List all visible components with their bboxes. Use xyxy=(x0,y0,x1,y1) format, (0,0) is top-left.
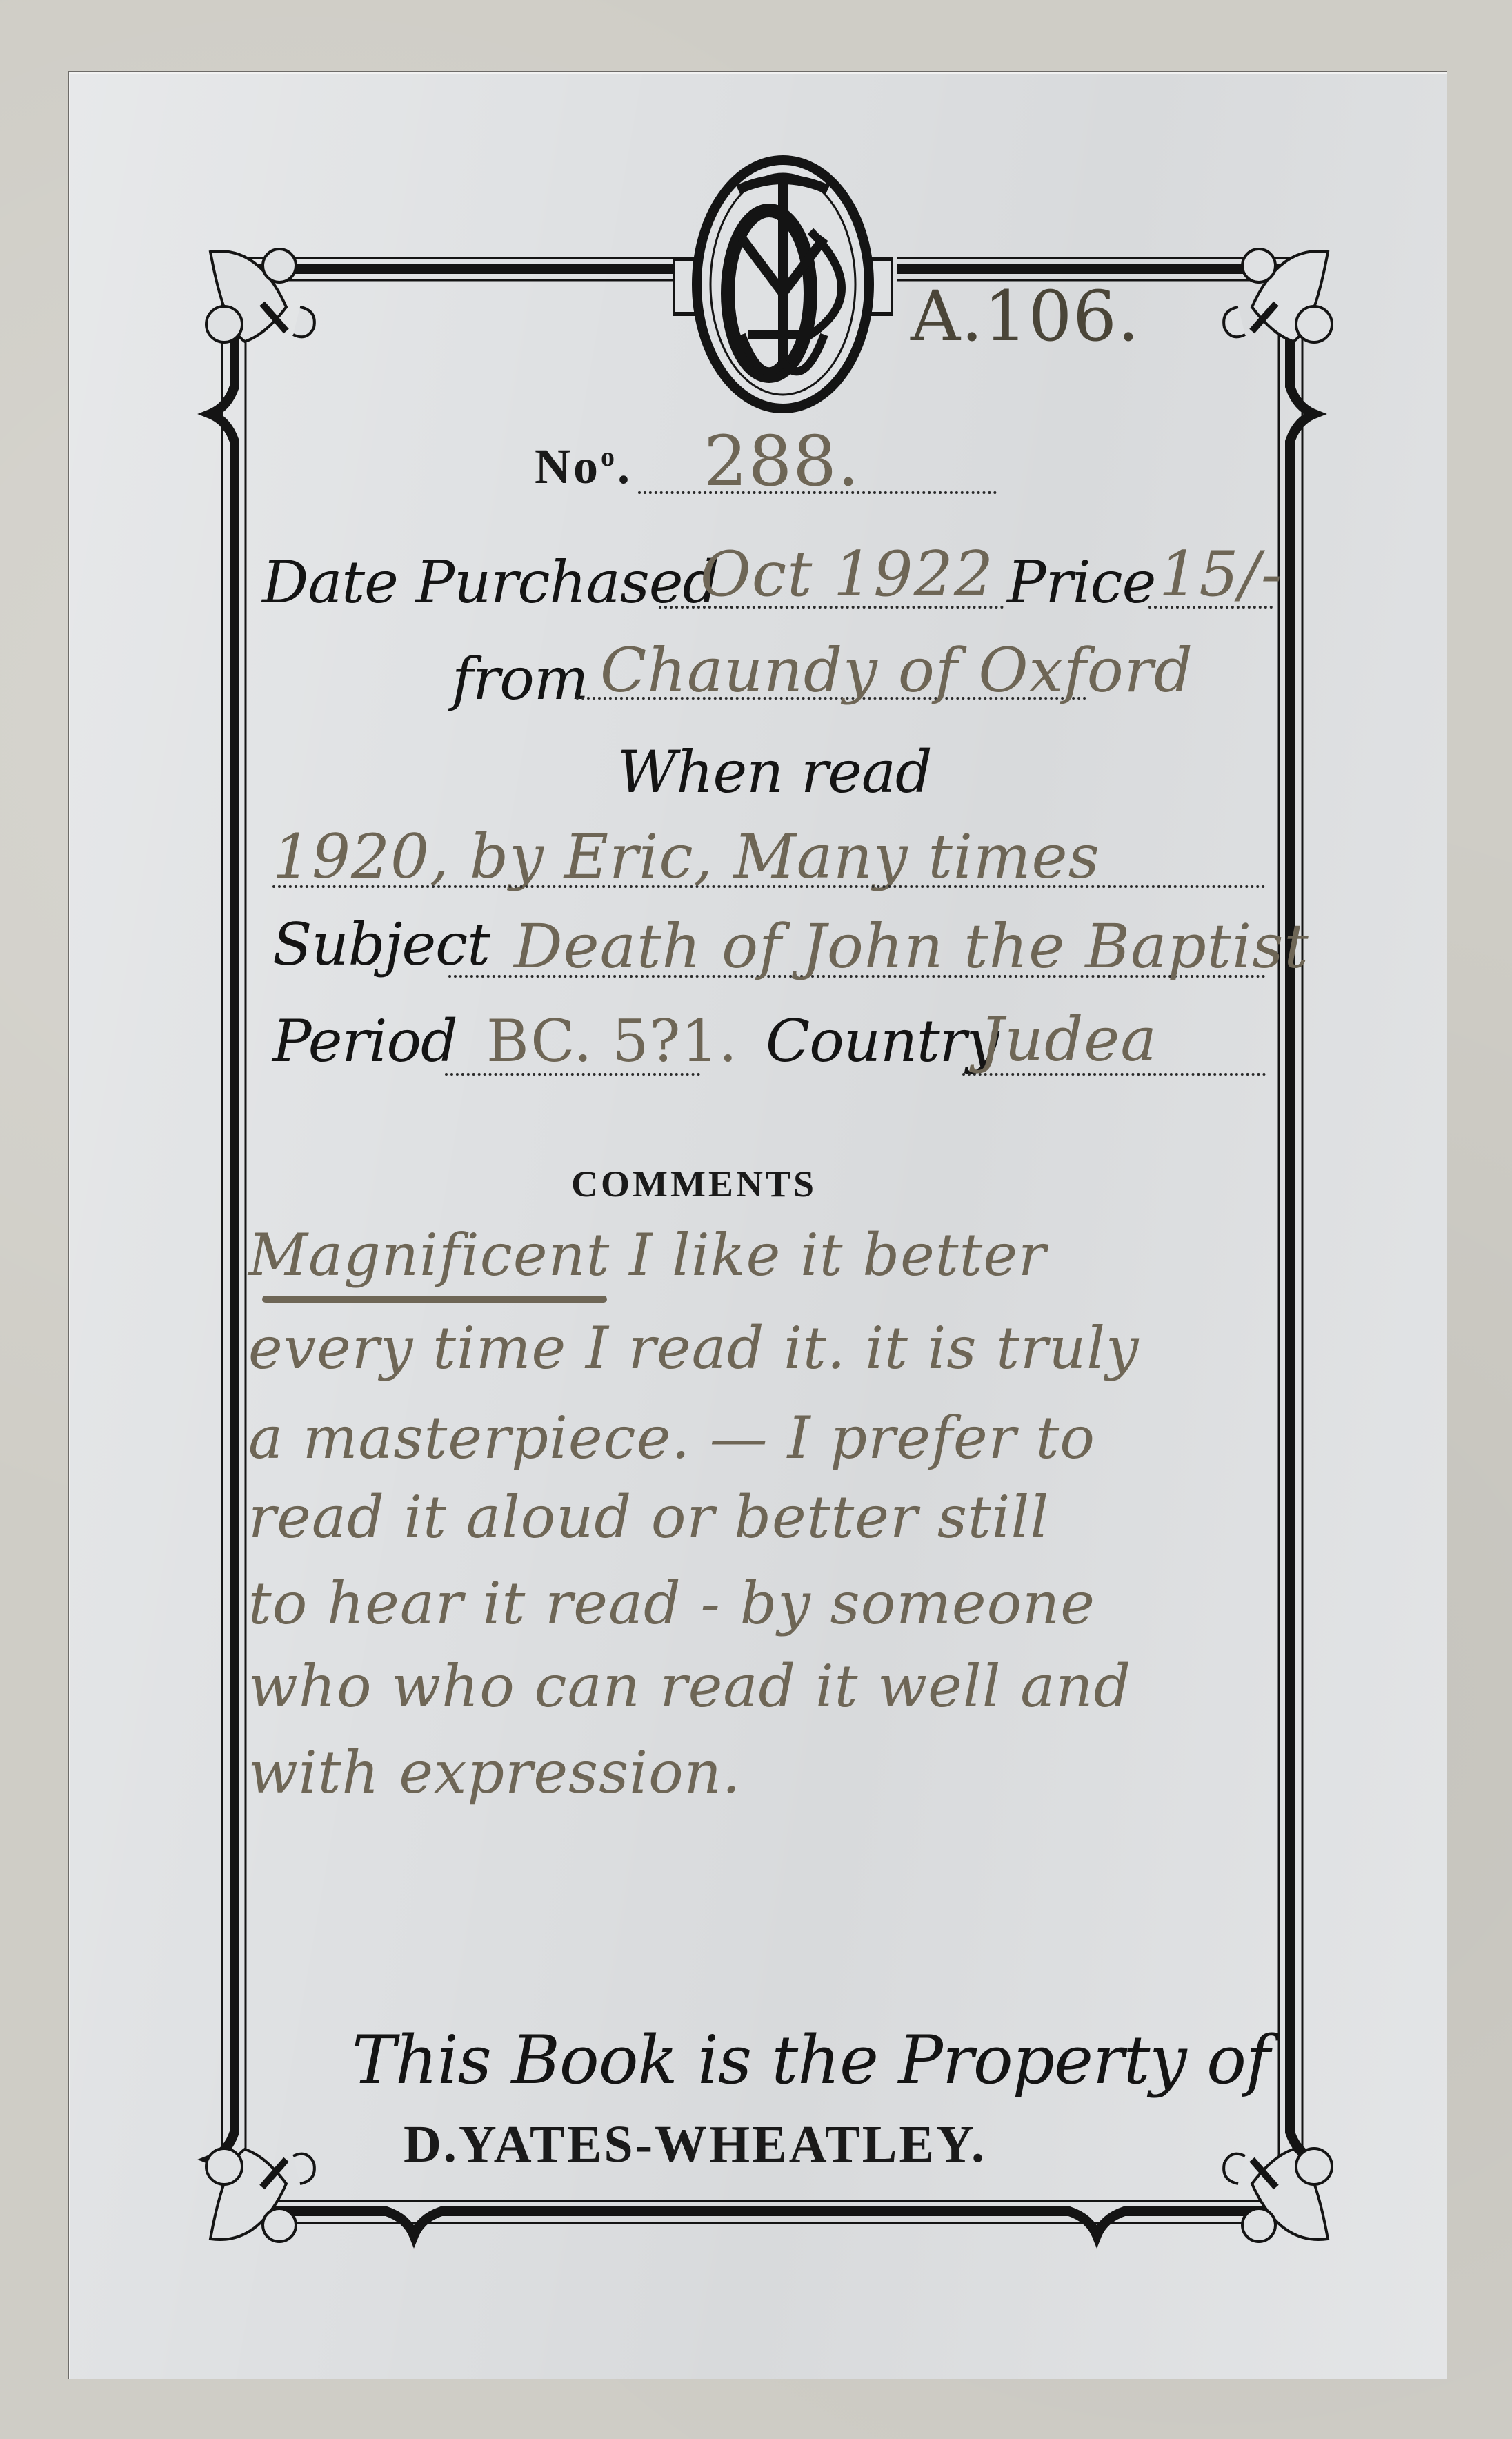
period-value: BC. 5?1. xyxy=(486,1007,738,1075)
catalog-mark: A.106. xyxy=(911,276,1140,357)
comment-line-6: who who can read it well and xyxy=(248,1652,1131,1720)
when-read-dotted-line xyxy=(272,885,1266,888)
comment-underline xyxy=(262,1296,607,1303)
comments-heading: COMMENTS xyxy=(571,1163,817,1205)
owner-name: D.YATES-WHEATLEY. xyxy=(404,2115,986,2175)
number-label: Noo. xyxy=(535,438,633,495)
comment-line-2: every time I read it. it is truly xyxy=(248,1314,1140,1382)
ownership-line: This Book is the Property of xyxy=(352,2022,1269,2099)
comment-line-7: with expression. xyxy=(248,1739,742,1806)
from-label: from xyxy=(452,645,588,713)
date-purchased-label: Date Purchased xyxy=(262,549,719,616)
fleur-de-lis-icon-top-left xyxy=(197,238,328,362)
period-label: Period xyxy=(272,1007,457,1075)
country-label: Country xyxy=(766,1007,998,1075)
monogram-icon xyxy=(673,155,893,414)
date-purchased-value: Oct 1922 xyxy=(700,538,994,611)
comment-line-5: to hear it read - by someone xyxy=(248,1570,1095,1637)
comment-line-4: read it aloud or better still xyxy=(248,1483,1049,1551)
comment-line-3: a masterpiece. — I prefer to xyxy=(248,1404,1095,1472)
fleur-de-lis-icon-bottom-right xyxy=(1211,2129,1342,2253)
subject-value: Death of John the Baptist xyxy=(514,911,1309,982)
country-value: Judea xyxy=(979,1004,1157,1075)
when-read-value: 1920, by Eric, Many times xyxy=(272,821,1100,892)
price-value: 15/- xyxy=(1159,538,1282,611)
subject-label: Subject xyxy=(272,911,490,978)
price-label: Price xyxy=(1007,549,1155,616)
fleur-de-lis-icon-bottom-left xyxy=(197,2129,328,2253)
fleur-de-lis-icon-top-right xyxy=(1211,238,1342,362)
from-value: Chaundy of Oxford xyxy=(600,635,1193,706)
number-value: 288. xyxy=(704,421,860,502)
when-read-label: When read xyxy=(617,738,932,806)
comment-line-1: Magnificent I like it better xyxy=(248,1221,1046,1289)
